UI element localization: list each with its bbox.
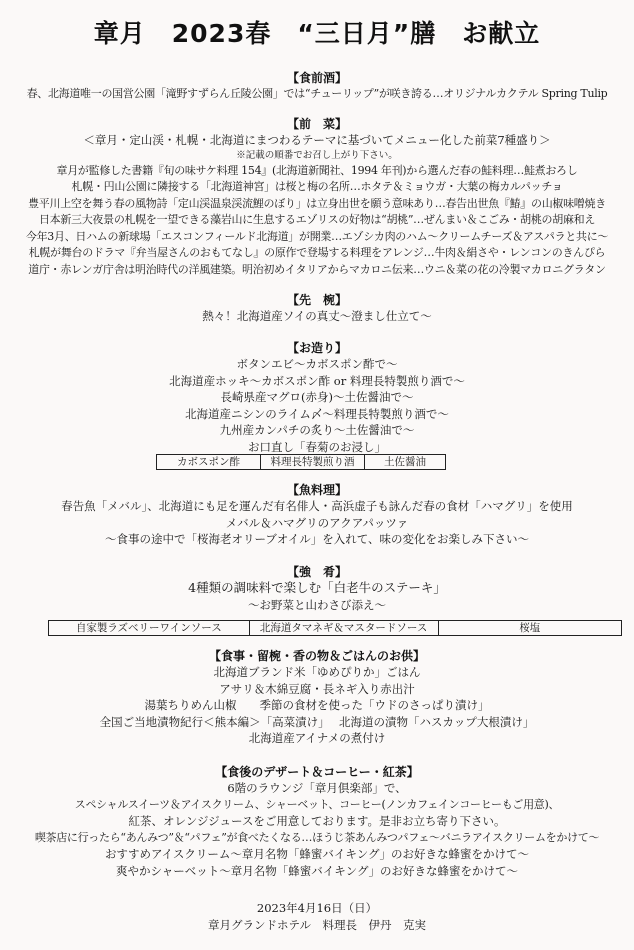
menu-line: アサリ＆木綿豆腐・長ネギ入り赤出汁: [0, 681, 634, 698]
section-sashimi: 【お造り】 ボタンエビ～カボスポン酢で～ 北海道産ホッキ～カボスポン酢 or 料…: [0, 340, 634, 455]
menu-line: 喫茶店に行ったら“あんみつ”＆“パフェ”が食べたくなる…ほうじ茶あんみつパフェ～…: [0, 830, 634, 847]
section-aperitif: 【食前酒】 春、北海道唯一の国営公園「滝野すずらん丘陵公園」では“チューリップ”…: [0, 70, 634, 103]
section-dessert: 【食後のデザート＆コーヒー・紅茶】 6階のラウンジ「章月倶楽部」で、 スペシャル…: [0, 764, 634, 879]
menu-line: 6階のラウンジ「章月倶楽部」で、: [0, 780, 634, 797]
menu-line: 爽やかシャーベット～章月名物「蜂蜜バイキング」のお好きな蜂蜜をかけて～: [0, 863, 634, 880]
menu-line: 豊平川上空を舞う春の風物詩「定山渓温泉渓流鯉のぼり」は立身出世を願う意味あり…春…: [0, 196, 634, 213]
menu-line: 北海道ブランド米「ゆめぴりか」ごはん: [0, 664, 634, 681]
condiment-cell: 北海道タマネギ＆マスタードソース: [249, 621, 438, 636]
section-heading: 【強 肴】: [0, 564, 634, 580]
menu-line: 今年3月、日ハムの新球場「エスコンフィールド北海道」が開業…エゾシカ肉のハム～ク…: [0, 229, 634, 246]
condiment-cell: カボスポン酢: [157, 455, 261, 470]
section-rice: 【食事・留椀・香の物＆ごはんのお供】 北海道ブランド米「ゆめぴりか」ごはん アサ…: [0, 648, 634, 747]
menu-line: ボタンエビ～カボスポン酢で～: [0, 356, 634, 373]
menu-line: 長崎県産マグロ(赤身)～土佐醤油で～: [0, 389, 634, 406]
condiment-cell: 料理長特製煎り酒: [261, 455, 365, 470]
menu-line: 道庁・赤レンガ庁舎は明治時代の洋風建築。明治初めイタリアからマカロニ伝来…ウニ＆…: [0, 262, 634, 279]
footer-date: 2023年4月16日（日）: [0, 900, 634, 917]
menu-line: 北海道産ホッキ～カボスポン酢 or 料理長特製煎り酒で～: [0, 373, 634, 390]
menu-line: 春、北海道唯一の国営公園「滝野すずらん丘陵公園」では“チューリップ”が咲き誇る……: [0, 86, 634, 103]
section-soup: 【先 椀】 熱々！北海道産ソイの真丈～澄まし仕立て～: [0, 292, 634, 325]
menu-line: 湯葉ちりめん山椒 季節の食材を使った「ウドのさっぱり漬け」: [0, 697, 634, 714]
menu-line: 札幌が舞台のドラマ『弁当屋さんのおもてなし』の原作で登場する料理をアレンジ…牛肉…: [0, 245, 634, 262]
menu-line: 北海道産アイナメの煮付け: [0, 730, 634, 747]
section-heading: 【食後のデザート＆コーヒー・紅茶】: [0, 764, 634, 780]
steak-condiment-table: 自家製ラズベリーワインソース 北海道タマネギ＆マスタードソース 桜塩: [48, 620, 622, 636]
menu-line: 紅茶、オレンジジュースをご用意しております。是非お立ち寄り下さい。: [0, 813, 634, 830]
condiment-cell: 自家製ラズベリーワインソース: [49, 621, 250, 636]
menu-line: 全国ご当地漬物紀行＜熊本編＞「高菜漬け」 北海道の漬物「ハスカップ大根漬け」: [0, 714, 634, 731]
menu-page: 章月 2023春 “三日月”膳 お献立 【食前酒】 春、北海道唯一の国営公園「滝…: [0, 0, 634, 950]
section-subtitle: ＜章月・定山渓・札幌・北海道にまつわるテーマに基づいてメニュー化した前菜7種盛り…: [0, 132, 634, 149]
section-heading: 【食事・留椀・香の物＆ごはんのお供】: [0, 648, 634, 664]
section-heading: 【食前酒】: [0, 70, 634, 86]
section-heading: 【先 椀】: [0, 292, 634, 308]
sashimi-condiment-table: カボスポン酢 料理長特製煎り酒 土佐醤油: [156, 454, 446, 470]
condiment-cell: 土佐醤油: [365, 455, 446, 470]
section-heading: 【前 菜】: [0, 116, 634, 132]
page-title: 章月 2023春 “三日月”膳 お献立: [0, 14, 634, 50]
condiment-cell: 桜塩: [438, 621, 621, 636]
menu-line: スペシャルスイーツ＆アイスクリーム、シャーベット、コーヒー(ノンカフェインコーヒ…: [0, 797, 634, 814]
section-main: 【強 肴】 4種類の調味料で楽しむ「白老牛のステーキ」 ～お野菜と山わさび添え～: [0, 564, 634, 613]
section-appetizer: 【前 菜】 ＜章月・定山渓・札幌・北海道にまつわるテーマに基づいてメニュー化した…: [0, 116, 634, 278]
menu-line: 春告魚「メバル」、北海道にも足を運んだ有名俳人・高浜虚子も詠んだ春の食材「ハマグ…: [0, 498, 634, 515]
footer-signature: 章月グランドホテル 料理長 伊丹 克実: [0, 917, 634, 934]
menu-line: メバル＆ハマグリのアクアパッツァ: [0, 515, 634, 532]
menu-line: ～食事の途中で「桜海老オリーブオイル」を入れて、味の変化をお楽しみ下さい～: [0, 531, 634, 548]
menu-line: 札幌・円山公園に隣接する「北海道神宮」は桜と梅の名所…ホタテ＆ミョウガ・大葉の梅…: [0, 179, 634, 196]
menu-line: お口直し「春菊のお浸し」: [0, 439, 634, 456]
menu-line: 章月が監修した書籍『旬の味サケ料理 154』(北海道新聞社、1994 年刊)から…: [0, 163, 634, 180]
menu-line: ～お野菜と山わさび添え～: [0, 597, 634, 614]
section-note: ※記載の順番でお召し上がり下さい。: [0, 149, 634, 163]
footer: 2023年4月16日（日） 章月グランドホテル 料理長 伊丹 克実: [0, 900, 634, 933]
menu-line: 北海道産ニシンのライム〆～料理長特製煎り酒で～: [0, 406, 634, 423]
menu-line: 4種類の調味料で楽しむ「白老牛のステーキ」: [0, 580, 634, 597]
menu-line: おすすめアイスクリーム～章月名物「蜂蜜バイキング」のお好きな蜂蜜をかけて～: [0, 846, 634, 863]
section-fish: 【魚料理】 春告魚「メバル」、北海道にも足を運んだ有名俳人・高浜虚子も詠んだ春の…: [0, 482, 634, 548]
section-heading: 【魚料理】: [0, 482, 634, 498]
menu-line: 九州産カンパチの炙り～土佐醤油で～: [0, 422, 634, 439]
section-heading: 【お造り】: [0, 340, 634, 356]
menu-line: 日本新三大夜景の札幌を一望できる藻岩山に生息するエゾリスの好物は“胡桃”…ぜんま…: [0, 212, 634, 229]
menu-line: 熱々！北海道産ソイの真丈～澄まし仕立て～: [0, 308, 634, 325]
